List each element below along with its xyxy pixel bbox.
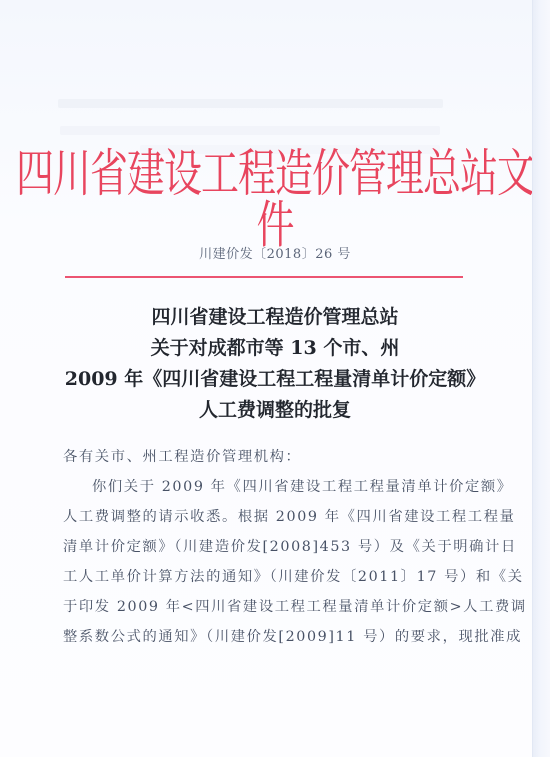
subject-line: 人工费调整的批复 bbox=[0, 395, 550, 426]
red-divider-rule bbox=[65, 276, 463, 278]
reverse-side-show-through bbox=[58, 99, 443, 108]
body-line: 整系数公式的通知》（川建价发[2009]11 号）的要求，现批准成 bbox=[63, 622, 483, 652]
body-line: 于印发 2009 年<四川省建设工程工程量清单计价定额>人工费调 bbox=[63, 592, 483, 622]
salutation: 各有关市、州工程造价管理机构： bbox=[63, 442, 483, 472]
scanned-page: 四川省建设工程造价管理总站文件 川建价发〔2018〕26 号 四川省建设工程造价… bbox=[0, 0, 550, 757]
body-line: 你们关于 2009 年《四川省建设工程工程量清单计价定额》 bbox=[63, 472, 483, 502]
subject-line: 2009 年《四川省建设工程工程量清单计价定额》 bbox=[0, 364, 550, 395]
document-number: 川建价发〔2018〕26 号 bbox=[0, 243, 550, 262]
body-line: 人工费调整的请示收悉。根据 2009 年《四川省建设工程工程量 bbox=[63, 502, 483, 532]
document-subject: 四川省建设工程造价管理总站 关于对成都市等 13 个市、州 2009 年《四川省… bbox=[0, 302, 550, 426]
subject-line: 关于对成都市等 13 个市、州 bbox=[0, 333, 550, 364]
document-body: 各有关市、州工程造价管理机构： 你们关于 2009 年《四川省建设工程工程量清单… bbox=[63, 442, 483, 652]
body-line: 清单计价定额》（川建造价发[2008]453 号）及《关于明确计日 bbox=[63, 532, 483, 562]
scanner-edge-stripe bbox=[532, 0, 550, 757]
reverse-side-show-through bbox=[60, 126, 440, 135]
body-line: 工人工单价计算方法的通知》（川建价发〔2011〕17 号）和《关 bbox=[63, 562, 483, 592]
subject-line: 四川省建设工程造价管理总站 bbox=[0, 302, 550, 333]
document-header-title: 四川省建设工程造价管理总站文件 bbox=[0, 148, 550, 251]
